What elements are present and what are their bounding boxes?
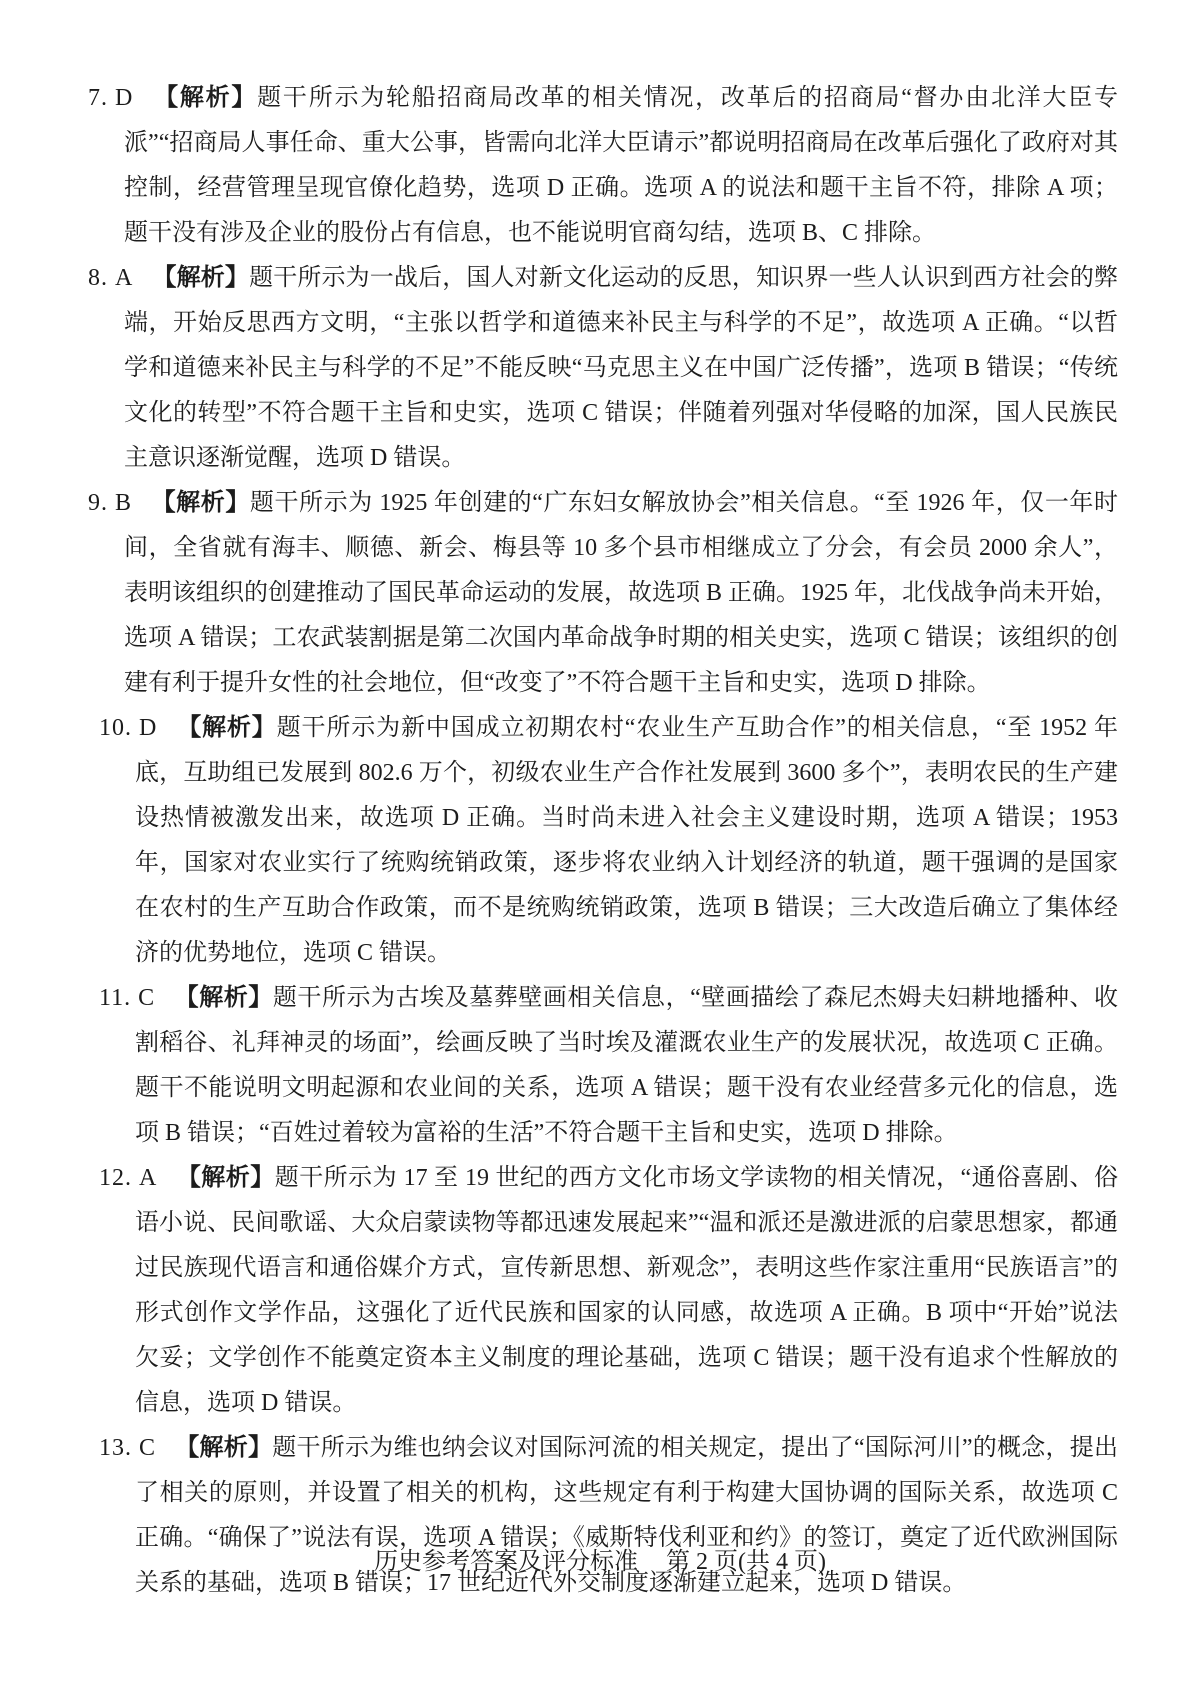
analysis-tag: 【解析】 — [151, 490, 250, 516]
answer-item: 7.D【解析】题干所示为轮船招商局改革的相关情况，改革后的招商局“督办由北洋大臣… — [88, 76, 1118, 256]
answer-letter: D — [139, 715, 156, 741]
answer-item: 8.A【解析】题干所示为一战后，国人对新文化运动的反思，知识界一些人认识到西方社… — [88, 256, 1118, 481]
question-number: 8. — [88, 265, 108, 291]
analysis-tag: 【解析】 — [176, 1165, 274, 1191]
question-number: 9. — [88, 490, 108, 516]
analysis-text: 题干所示为轮船招商局改革的相关情况，改革后的招商局“督办由北洋大臣专派”“招商局… — [124, 85, 1118, 246]
answer-letter: C — [138, 985, 154, 1011]
footer-doc-title: 历史参考答案及评分标准 — [374, 1549, 638, 1575]
answer-letter: D — [115, 85, 132, 111]
answer-letter: A — [139, 1165, 156, 1191]
question-number: 7. — [88, 85, 108, 111]
analysis-text: 题干所示为 17 至 19 世纪的西方文化市场文学读物的相关情况，“通俗喜剧、俗… — [135, 1165, 1118, 1416]
answer-letter: B — [115, 490, 131, 516]
answer-letter: C — [139, 1435, 155, 1461]
analysis-tag: 【解析】 — [152, 85, 257, 111]
analysis-tag: 【解析】 — [152, 265, 249, 291]
answer-letter: A — [115, 265, 132, 291]
answer-item: 9.B【解析】题干所示为 1925 年创建的“广东妇女解放协会”相关信息。“至 … — [88, 481, 1118, 706]
answer-item: 12.A【解析】题干所示为 17 至 19 世纪的西方文化市场文学读物的相关情况… — [99, 1156, 1118, 1426]
answer-list: 7.D【解析】题干所示为轮船招商局改革的相关情况，改革后的招商局“督办由北洋大臣… — [88, 76, 1118, 1606]
analysis-text: 题干所示为一战后，国人对新文化运动的反思，知识界一些人认识到西方社会的弊端，开始… — [124, 265, 1118, 471]
analysis-tag: 【解析】 — [175, 1435, 272, 1461]
page-footer: 历史参考答案及评分标准第 2 页(共 4 页) — [0, 1540, 1200, 1585]
analysis-text: 题干所示为 1925 年创建的“广东妇女解放协会”相关信息。“至 1926 年，… — [124, 490, 1118, 696]
analysis-tag: 【解析】 — [174, 985, 273, 1011]
footer-page-info: 第 2 页(共 4 页) — [666, 1549, 826, 1575]
answer-item: 10.D【解析】题干所示为新中国成立初期农村“农业生产互助合作”的相关信息，“至… — [99, 706, 1118, 976]
question-number: 11. — [99, 985, 131, 1011]
analysis-text: 题干所示为新中国成立初期农村“农业生产互助合作”的相关信息，“至 1952 年底… — [135, 715, 1118, 966]
question-number: 12. — [99, 1165, 132, 1191]
analysis-tag: 【解析】 — [176, 715, 276, 741]
analysis-text: 题干所示为古埃及墓葬壁画相关信息，“壁画描绘了森尼杰姆夫妇耕地播种、收割稻谷、礼… — [135, 985, 1118, 1146]
answer-item: 11.C【解析】题干所示为古埃及墓葬壁画相关信息，“壁画描绘了森尼杰姆夫妇耕地播… — [99, 976, 1118, 1156]
question-number: 13. — [99, 1435, 132, 1461]
question-number: 10. — [99, 715, 132, 741]
